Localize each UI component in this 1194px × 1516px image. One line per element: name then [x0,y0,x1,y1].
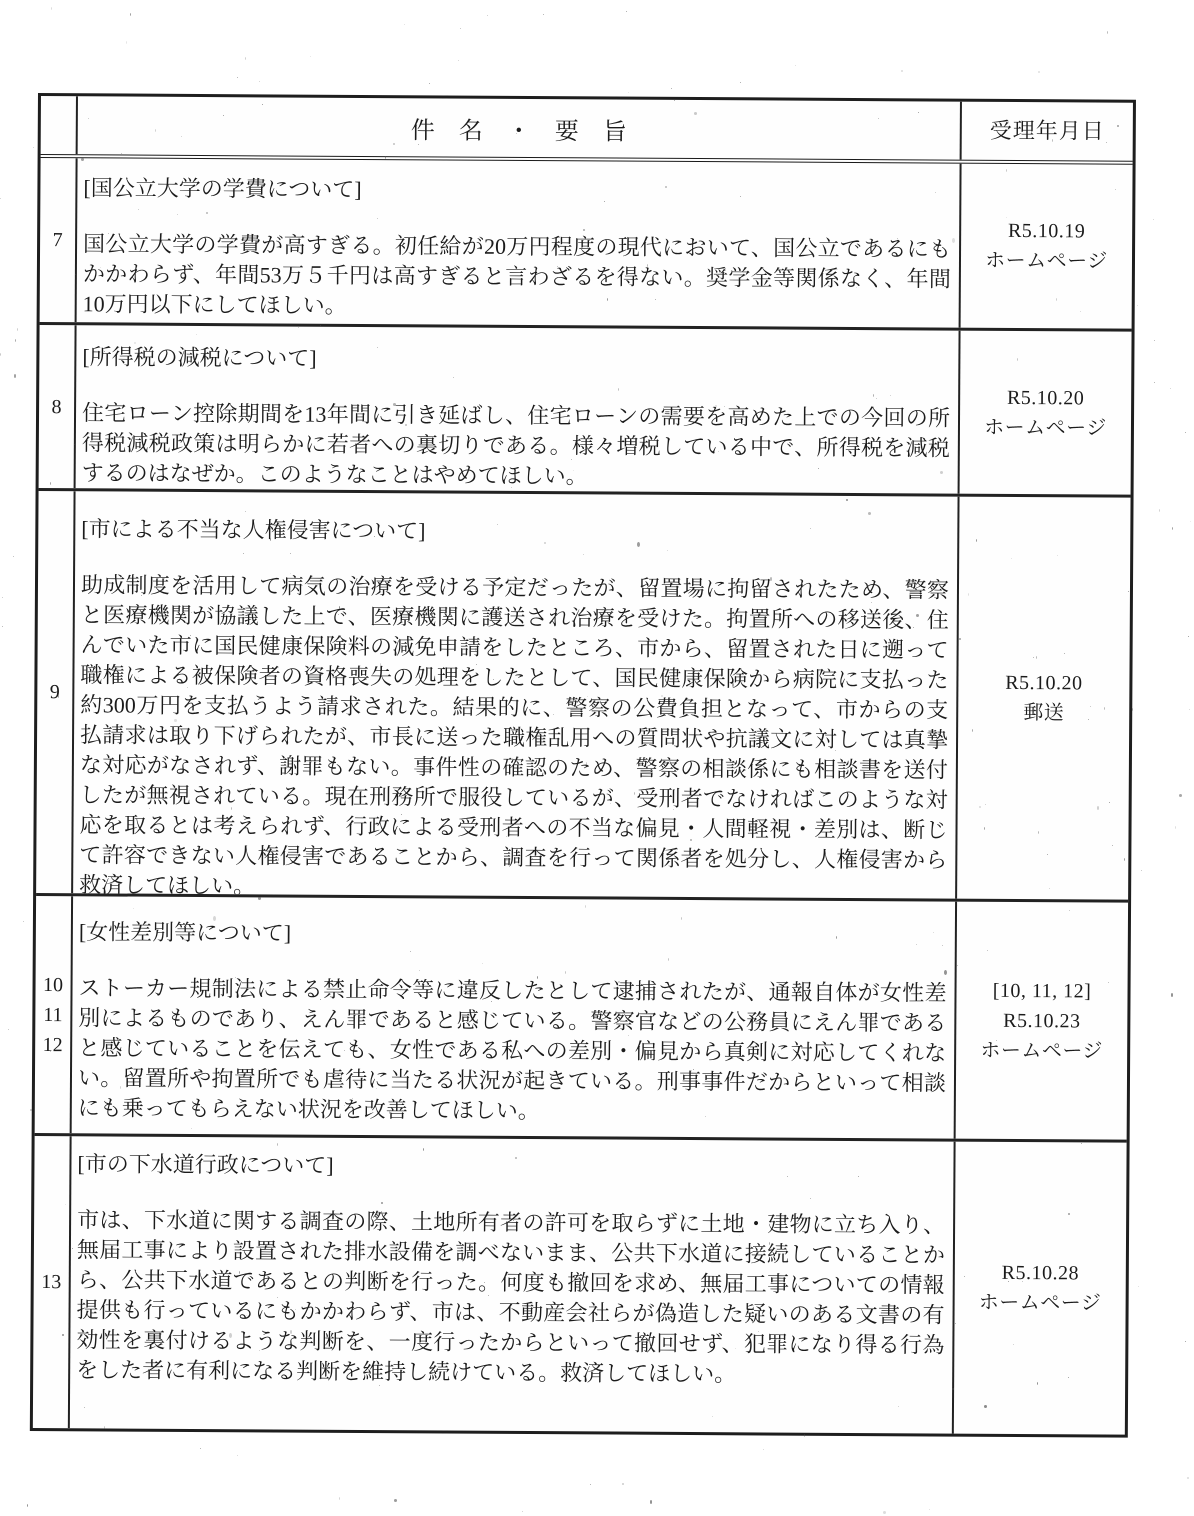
scan-speck [1171,993,1173,997]
scan-speck [522,1511,523,1512]
petition-row: 7 [国公立大学の学費について] 国公立大学の学費が高すぎる。初任給が20万円程… [40,158,1133,332]
scan-speck [622,1483,624,1485]
petition-number: 9 [50,677,60,707]
petition-number: 7 [53,225,63,255]
receipt-date: [10, 11, 12]R5.10.23ホームページ [956,902,1128,1140]
scan-speck [33,147,34,148]
petition-title: [市の下水道行政について] [77,1152,945,1181]
header-number-cell [41,96,78,154]
petition-summary: 国公立大学の学費が高すぎる。初任給が20万円程度の現代において、国公立であるにも… [83,229,952,324]
scan-speck [1137,305,1138,306]
scan-speck [1141,870,1142,871]
scan-speck [626,11,627,12]
row-number: 9 [36,491,75,893]
row-number: 101112 [35,896,73,1133]
scan-speck [1170,388,1171,389]
petition-content: [女性差別等について] ストーカー規制法による禁止命令等に違反したとして逮捕され… [72,896,957,1138]
receipt-date-line: R5.10.23 [1003,1005,1081,1035]
receipt-date: R5.10.28ホームページ [954,1142,1127,1435]
scan-speck [237,1455,238,1456]
scan-speck [2,626,3,627]
scan-speck [1187,1477,1189,1479]
petition-summary: 助成制度を活用して病気の治療を受ける予定だったが、留置場に拘留されたため、警察と… [79,570,949,898]
scan-speck [1189,709,1190,710]
petitions-table: 件 名 ・ 要 旨 受理年月日 7 [国公立大学の学費について] 国公立大学の学… [30,93,1136,1438]
scan-speck [1185,1341,1186,1342]
petition-title: [所得税の減税について] [82,345,950,374]
receipt-date-line: ホームページ [980,1035,1103,1066]
header-subject-cell: 件 名 ・ 要 旨 [78,96,962,159]
petition-content: [所得税の減税について] 住宅ローン控除期間を13年間に引き延ばし、住宅ローンの… [76,325,961,493]
scan-speck [339,1497,340,1500]
scan-speck [795,65,796,66]
row-number: 13 [33,1136,72,1428]
scan-speck [237,77,238,78]
petition-content: [市による不当な人権侵害について] 助成制度を活用して病気の治療を受ける予定だっ… [73,491,959,898]
petition-content: [国公立大学の学費について] 国公立大学の学費が高すぎる。初任給が20万円程度の… [77,158,962,327]
scan-speck [1179,794,1182,797]
scan-speck [590,1484,591,1485]
receipt-date-line: [10, 11, 12] [993,975,1092,1006]
scan-speck [1154,340,1155,341]
scan-speck [2,597,3,598]
scan-speck [394,1499,397,1502]
scan-speck [1159,509,1160,512]
scan-speck [15,339,16,342]
petition-row: 9 [市による不当な人権侵害について] 助成制度を活用して病気の治療を受ける予定… [36,491,1130,903]
scan-speck [1190,521,1191,522]
petition-number: 13 [41,1267,61,1297]
receipt-date: R5.10.20ホームページ [960,331,1132,495]
scan-speck [259,81,260,82]
petition-row: 101112 [女性差別等について] ストーカー規制法による禁止命令等に違反した… [35,896,1128,1143]
scan-speck [404,24,405,25]
petition-title: [市による不当な人権侵害について] [81,517,949,546]
petition-summary: 市は、下水道に関する調査の際、土地所有者の許可を取らずに土地・建物に立ち入り、無… [76,1205,945,1390]
petition-summary: ストーカー規制法による禁止命令等に違反したとして逮捕されたが、通報自体が女性差別… [78,973,947,1128]
scan-speck [130,13,131,16]
scan-speck [429,83,430,84]
scan-speck [487,15,488,16]
petition-row: 13 [市の下水道行政について] 市は、下水道に関する調査の際、土地所有者の許可… [33,1136,1127,1435]
header-date-cell: 受理年月日 [962,102,1133,161]
scan-speck [51,7,52,10]
scan-speck [628,92,629,93]
receipt-date-line: R5.10.20 [1005,668,1083,698]
receipt-date: R5.10.20郵送 [957,497,1130,900]
scan-speck [27,1504,28,1507]
scan-speck [460,28,461,29]
scan-speck [929,1509,930,1510]
scan-speck [1154,382,1155,383]
receipt-date-line: R5.10.28 [1002,1258,1080,1288]
header-date-label: 受理年月日 [990,116,1105,147]
scan-speck [0,353,1,356]
petition-number: 11 [43,1000,62,1030]
table-header-row: 件 名 ・ 要 旨 受理年月日 [41,96,1133,165]
header-subject-label: 件 名 ・ 要 旨 [411,110,627,146]
scan-speck [1172,527,1173,530]
scan-speck [650,1500,652,1504]
scan-speck [763,1449,764,1450]
scan-speck [17,328,18,331]
receipt-date-line: ホームページ [984,412,1107,443]
petition-number: 8 [51,392,61,422]
scan-speck [310,56,311,57]
row-number: 7 [40,158,78,322]
scan-speck [126,41,127,44]
scan-speck [671,88,672,89]
scan-speck [200,1448,201,1449]
receipt-date-line: R5.10.20 [1007,382,1085,412]
scanned-document-page: { "table": { "header": { "subject": "件 名… [0,0,1194,1516]
petition-title: [女性差別等について] [79,920,947,949]
scan-speck [13,556,14,557]
receipt-date-line: R5.10.19 [1008,216,1086,246]
receipt-date-line: ホームページ [979,1288,1102,1319]
scan-speck [14,374,16,378]
scan-speck [23,921,24,922]
scan-speck [1153,219,1154,220]
scan-speck [8,1029,9,1030]
petition-row: 8 [所得税の減税について] 住宅ローン控除期間を13年間に引き延ばし、住宅ロー… [39,325,1132,498]
row-number: 8 [39,325,77,488]
scan-speck [0,198,1,199]
scan-speck [1138,1286,1139,1287]
scan-speck [1038,71,1040,73]
scan-speck [458,60,459,61]
scan-speck [1175,826,1176,829]
scan-speck [901,70,903,72]
scan-speck [543,14,544,15]
receipt-date-line: ホームページ [985,246,1108,277]
scan-speck [1188,636,1189,637]
scan-speck [1107,31,1108,34]
petition-summary: 住宅ローン控除期間を13年間に引き延ばし、住宅ローンの需要を高めた上での今回の所… [82,398,951,493]
scan-speck [1185,432,1186,433]
petition-number: 12 [43,1030,63,1060]
scan-speck [740,82,741,83]
petition-content: [市の下水道行政について] 市は、下水道に関する調査の際、土地所有者の許可を取ら… [70,1136,956,1433]
receipt-date-line: 郵送 [1023,698,1064,728]
petition-number: 10 [43,970,63,1000]
petitions-table-body: 7 [国公立大学の学費について] 国公立大学の学費が高すぎる。初任給が20万円程… [33,158,1133,1435]
scan-speck [883,1511,886,1514]
receipt-date: R5.10.19ホームページ [961,164,1133,329]
petition-title: [国公立大学の学費について] [83,176,951,205]
scan-speck [245,57,246,60]
